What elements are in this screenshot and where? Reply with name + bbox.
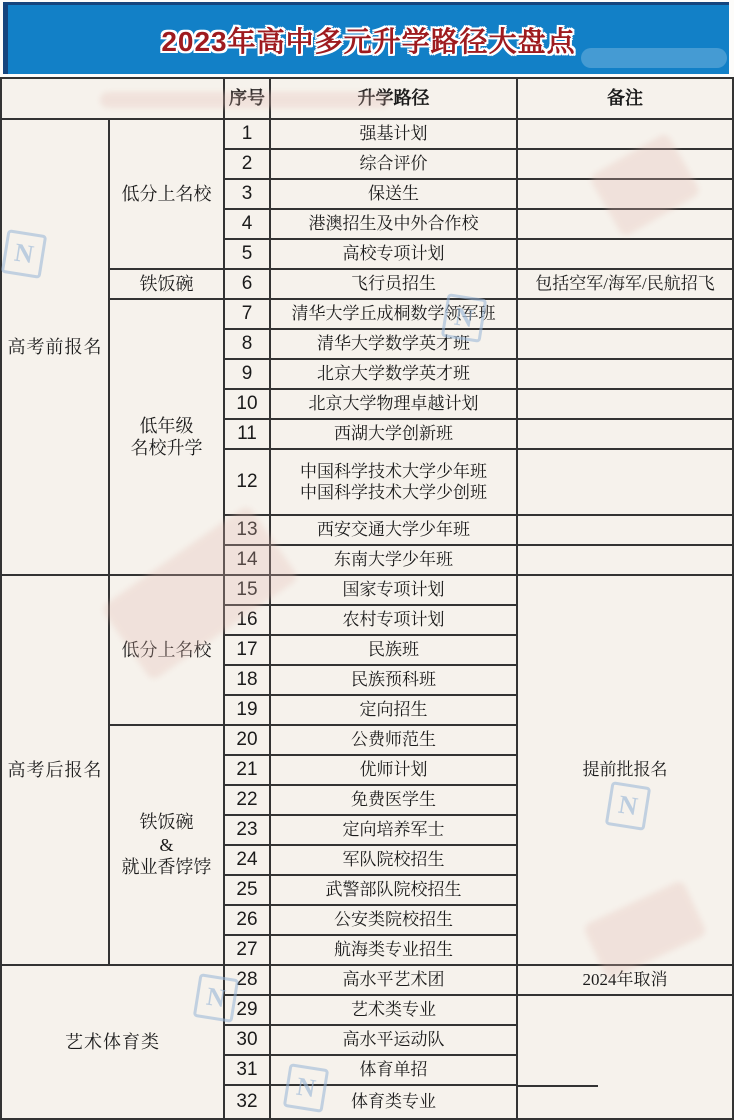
- row-path: 综合评价: [271, 150, 518, 180]
- row-path: 东南大学少年班: [271, 546, 518, 576]
- row-path: 公安类院校招生: [271, 906, 518, 936]
- row-seq: 9: [225, 360, 271, 390]
- col-header-remark: 备注: [518, 79, 732, 120]
- row-path: 民族班: [271, 636, 518, 666]
- row-remark: [518, 450, 732, 516]
- col-header-seq: 序号: [225, 79, 271, 120]
- subgroup-cell: 铁饭碗: [110, 270, 225, 300]
- row-remark: [518, 516, 732, 546]
- row-path: 西安交通大学少年班: [271, 516, 518, 546]
- row-path: 军队院校招生: [271, 846, 518, 876]
- row-path: 艺术类专业: [271, 996, 518, 1026]
- row-seq: 8: [225, 330, 271, 360]
- header-blank-cell: [2, 79, 225, 120]
- row-seq: 19: [225, 696, 271, 726]
- row-seq: 24: [225, 846, 271, 876]
- row-path: 北京大学物理卓越计划: [271, 390, 518, 420]
- row-seq: 17: [225, 636, 271, 666]
- group-cell: 高考后报名: [2, 576, 110, 966]
- row-seq: 21: [225, 756, 271, 786]
- row-seq: 29: [225, 996, 271, 1026]
- group-cell: 高考前报名: [2, 120, 110, 576]
- row-path: 强基计划: [271, 120, 518, 150]
- row-path: 高校专项计划: [271, 240, 518, 270]
- row-path: 体育类专业: [271, 1086, 518, 1118]
- row-path: 中国科学技术大学少年班中国科学技术大学少创班: [271, 450, 518, 516]
- row-remark: [518, 360, 732, 390]
- row-remark: [518, 390, 732, 420]
- row-path: 武警部队院校招生: [271, 876, 518, 906]
- subgroup-cell: 铁饭碗&就业香饽饽: [110, 726, 225, 966]
- row-remark: [518, 420, 732, 450]
- row-remark: 2024年取消: [518, 966, 732, 996]
- merged-remark-cell: [518, 996, 732, 1118]
- infographic-page: 2023年高中多元升学路径大盘点 序号升学路径备注高考前报名高考后报名艺术体育类…: [0, 0, 734, 1120]
- subgroup-cell: 低年级名校升学: [110, 300, 225, 576]
- row-seq: 7: [225, 300, 271, 330]
- page-title: 2023年高中多元升学路径大盘点: [161, 20, 575, 60]
- row-path: 港澳招生及中外合作校: [271, 210, 518, 240]
- row-path: 民族预科班: [271, 666, 518, 696]
- row-seq: 26: [225, 906, 271, 936]
- row-seq: 15: [225, 576, 271, 606]
- row-seq: 22: [225, 786, 271, 816]
- row-path: 优师计划: [271, 756, 518, 786]
- row-path: 飞行员招生: [271, 270, 518, 300]
- row-path: 公费师范生: [271, 726, 518, 756]
- row-seq: 3: [225, 180, 271, 210]
- group-cell: 艺术体育类: [2, 966, 225, 1118]
- col-header-path: 升学路径: [271, 79, 518, 120]
- row-seq: 13: [225, 516, 271, 546]
- row-remark: [518, 330, 732, 360]
- row-remark: [518, 300, 732, 330]
- row-seq: 20: [225, 726, 271, 756]
- row-path: 定向招生: [271, 696, 518, 726]
- subgroup-cell: 低分上名校: [110, 120, 225, 270]
- row-seq: 25: [225, 876, 271, 906]
- row-path: 高水平艺术团: [271, 966, 518, 996]
- row-path: 定向培养军士: [271, 816, 518, 846]
- row-path: 高水平运动队: [271, 1026, 518, 1056]
- admission-paths-table: 序号升学路径备注高考前报名高考后报名艺术体育类低分上名校铁饭碗低年级名校升学低分…: [0, 77, 734, 1120]
- banner-highlight-blob: [581, 48, 727, 68]
- subgroup-cell: 低分上名校: [110, 576, 225, 726]
- row-seq: 23: [225, 816, 271, 846]
- title-banner: 2023年高中多元升学路径大盘点: [3, 2, 729, 74]
- row-path: 农村专项计划: [271, 606, 518, 636]
- row-remark: [518, 180, 732, 210]
- row-remark: [518, 240, 732, 270]
- row-seq: 2: [225, 150, 271, 180]
- row-path: 清华大学数学英才班: [271, 330, 518, 360]
- row-path: 北京大学数学英才班: [271, 360, 518, 390]
- row-seq: 4: [225, 210, 271, 240]
- row-seq: 32: [225, 1086, 271, 1118]
- row-path: 国家专项计划: [271, 576, 518, 606]
- row-path: 航海类专业招生: [271, 936, 518, 966]
- row-remark: 包括空军/海军/民航招飞: [518, 270, 732, 300]
- row-seq: 6: [225, 270, 271, 300]
- row-remark: [518, 546, 732, 576]
- row-remark: [518, 210, 732, 240]
- stray-grid-line: [518, 1085, 598, 1087]
- row-seq: 1: [225, 120, 271, 150]
- row-seq: 12: [225, 450, 271, 516]
- row-remark: [518, 150, 732, 180]
- row-seq: 18: [225, 666, 271, 696]
- row-path: 免费医学生: [271, 786, 518, 816]
- row-seq: 27: [225, 936, 271, 966]
- row-seq: 28: [225, 966, 271, 996]
- row-remark: [518, 120, 732, 150]
- row-seq: 30: [225, 1026, 271, 1056]
- row-seq: 10: [225, 390, 271, 420]
- row-path: 保送生: [271, 180, 518, 210]
- row-path: 体育单招: [271, 1056, 518, 1086]
- row-seq: 31: [225, 1056, 271, 1086]
- row-seq: 16: [225, 606, 271, 636]
- merged-remark-cell: 提前批报名: [518, 576, 732, 966]
- row-seq: 11: [225, 420, 271, 450]
- row-seq: 5: [225, 240, 271, 270]
- row-seq: 14: [225, 546, 271, 576]
- row-path: 清华大学丘成桐数学领军班: [271, 300, 518, 330]
- row-path: 西湖大学创新班: [271, 420, 518, 450]
